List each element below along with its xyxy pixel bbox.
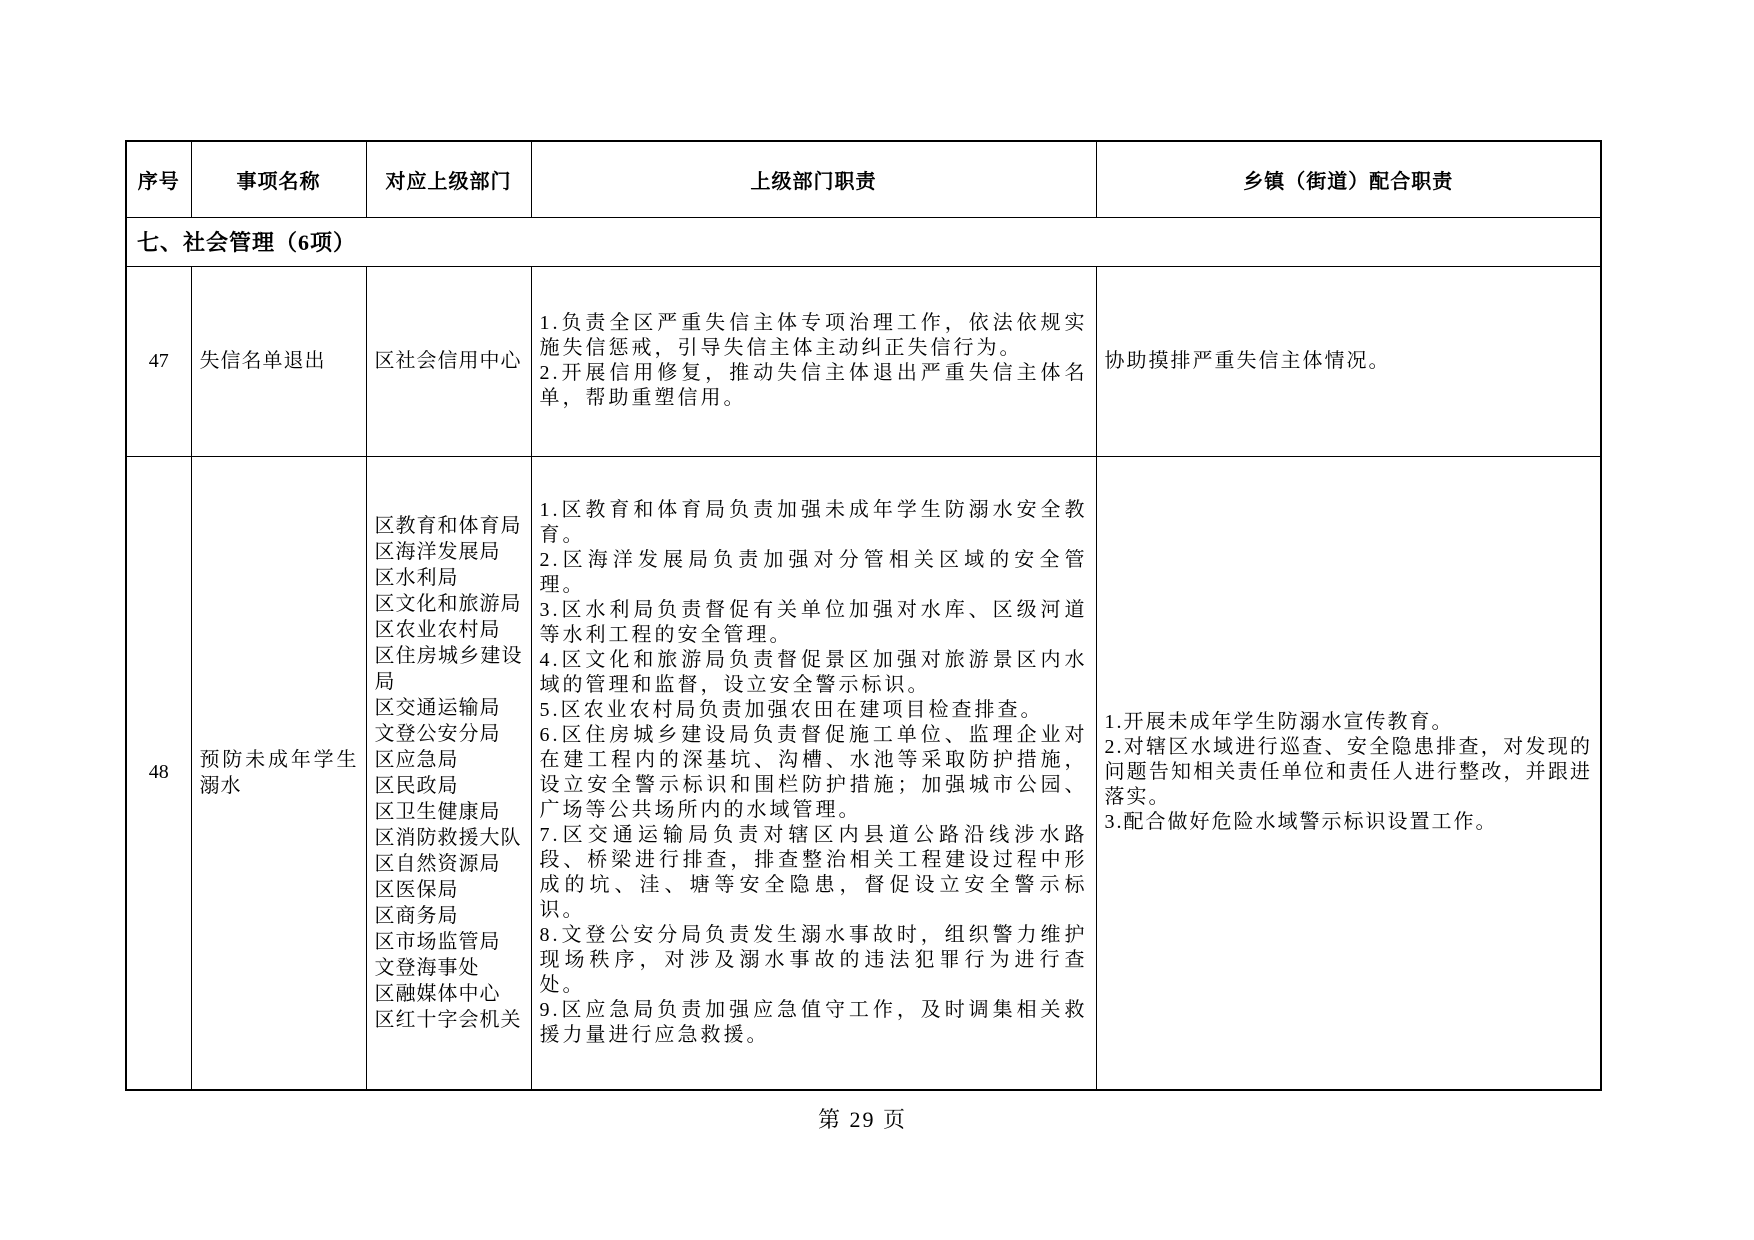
- duty-line: 5.区农业农村局负责加强农田在建项目检查排查。: [540, 698, 1088, 723]
- duty-line: 6.区住房城乡建设局负责督促施工单位、监理企业对在建工程内的深基坑、沟槽、水池等…: [540, 723, 1088, 823]
- header-cell-town-duties: 乡镇（街道）配合职责: [1096, 141, 1601, 217]
- town-duty-line: 1.开展未成年学生防溺水宣传教育。: [1105, 710, 1593, 735]
- department-line: 区消防救援大队: [375, 825, 523, 851]
- department-line: 区交通运输局: [375, 695, 523, 721]
- duty-line: 7.区交通运输局负责对辖区内县道公路沿线涉水路段、桥梁进行排查，排查整治相关工程…: [540, 823, 1088, 923]
- department-line: 文登海事处: [375, 955, 523, 981]
- table-row: 48 预防未成年学生溺水 区教育和体育局区海洋发展局区水利局区文化和旅游局区农业…: [126, 456, 1601, 1090]
- section-row: 七、社会管理（6项）: [126, 217, 1601, 266]
- page-number: 第 29 页: [125, 1103, 1600, 1134]
- department-line: 区海洋发展局: [375, 539, 523, 565]
- department-line: 区应急局: [375, 747, 523, 773]
- department-line: 区卫生健康局: [375, 799, 523, 825]
- header-cell-superior-duties: 上级部门职责: [531, 141, 1096, 217]
- town-duty-line: 3.配合做好危险水域警示标识设置工作。: [1105, 810, 1593, 835]
- department-line: 文登公安分局: [375, 721, 523, 747]
- duty-line: 1.区教育和体育局负责加强未成年学生防溺水安全教育。: [540, 498, 1088, 548]
- header-cell-department: 对应上级部门: [366, 141, 531, 217]
- duty-line: 4.区文化和旅游局负责督促景区加强对旅游景区内水域的管理和监督，设立安全警示标识…: [540, 648, 1088, 698]
- section-title: 七、社会管理（6项）: [126, 217, 1601, 266]
- department-line: 区医保局: [375, 877, 523, 903]
- department-line: 区民政局: [375, 773, 523, 799]
- duty-line: 9.区应急局负责加强应急值守工作，及时调集相关救援力量进行应急救援。: [540, 998, 1088, 1048]
- duty-line: 2.区海洋发展局负责加强对分管相关区域的安全管理。: [540, 548, 1088, 598]
- department-line: 区自然资源局: [375, 851, 523, 877]
- town-duty-line: 2.对辖区水域进行巡查、安全隐患排查，对发现的问题告知相关责任单位和责任人进行整…: [1105, 735, 1593, 810]
- department-line: 区住房城乡建设局: [375, 643, 523, 695]
- department-line: 区教育和体育局: [375, 513, 523, 539]
- department-line: 区商务局: [375, 903, 523, 929]
- town-duty-line: 协助摸排严重失信主体情况。: [1105, 349, 1593, 374]
- duty-line: 3.区水利局负责督促有关单位加强对水库、区级河道等水利工程的安全管理。: [540, 598, 1088, 648]
- header-row: 序号 事项名称 对应上级部门 上级部门职责 乡镇（街道）配合职责: [126, 141, 1601, 217]
- item-name-cell: 预防未成年学生溺水: [191, 456, 366, 1090]
- superior-duties-cell: 1.负责全区严重失信主体专项治理工作，依法依规实施失信惩戒，引导失信主体主动纠正…: [531, 266, 1096, 456]
- duty-line: 1.负责全区严重失信主体专项治理工作，依法依规实施失信惩戒，引导失信主体主动纠正…: [540, 311, 1088, 361]
- departments-cell: 区社会信用中心: [366, 266, 531, 456]
- department-line: 区市场监管局: [375, 929, 523, 955]
- table-row: 47 失信名单退出 区社会信用中心 1.负责全区严重失信主体专项治理工作，依法依…: [126, 266, 1601, 456]
- department-line: 区红十字会机关: [375, 1007, 523, 1033]
- duty-line: 2.开展信用修复，推动失信主体退出严重失信主体名单，帮助重塑信用。: [540, 361, 1088, 411]
- department-line: 区社会信用中心: [375, 348, 523, 374]
- town-duties-cell: 1.开展未成年学生防溺水宣传教育。2.对辖区水域进行巡查、安全隐患排查，对发现的…: [1096, 456, 1601, 1090]
- town-duties-cell: 协助摸排严重失信主体情况。: [1096, 266, 1601, 456]
- department-line: 区融媒体中心: [375, 981, 523, 1007]
- header-cell-serial: 序号: [126, 141, 191, 217]
- department-line: 区农业农村局: [375, 617, 523, 643]
- department-line: 区文化和旅游局: [375, 591, 523, 617]
- duty-line: 8.文登公安分局负责发生溺水事故时，组织警力维护现场秩序，对涉及溺水事故的违法犯…: [540, 923, 1088, 998]
- document-page: 序号 事项名称 对应上级部门 上级部门职责 乡镇（街道）配合职责 七、社会管理（…: [0, 0, 1754, 1240]
- header-cell-item-name: 事项名称: [191, 141, 366, 217]
- item-name-cell: 失信名单退出: [191, 266, 366, 456]
- superior-duties-cell: 1.区教育和体育局负责加强未成年学生防溺水安全教育。2.区海洋发展局负责加强对分…: [531, 456, 1096, 1090]
- serial-cell: 48: [126, 456, 191, 1090]
- serial-cell: 47: [126, 266, 191, 456]
- department-line: 区水利局: [375, 565, 523, 591]
- departments-cell: 区教育和体育局区海洋发展局区水利局区文化和旅游局区农业农村局区住房城乡建设局区交…: [366, 456, 531, 1090]
- responsibilities-table: 序号 事项名称 对应上级部门 上级部门职责 乡镇（街道）配合职责 七、社会管理（…: [125, 140, 1602, 1091]
